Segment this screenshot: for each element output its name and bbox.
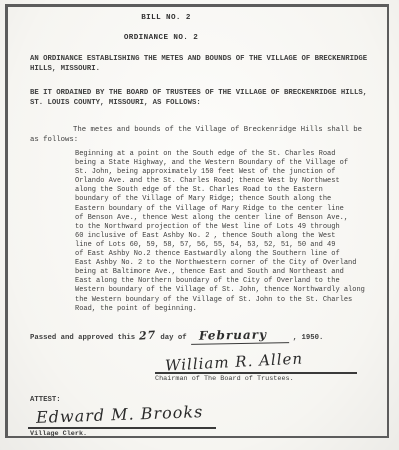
chairman-signature-rule [155,372,357,374]
passage-date-line: Passed and approved this 27 day of Febru… [30,328,323,344]
bill-title: BILL NO. 2 [0,14,332,22]
ordinance-caption: AN ORDINANCE ESTABLISHING THE METES AND … [30,54,390,74]
handwritten-month: February [191,327,289,345]
chairman-title: Chairman of The Board of Trustees. [155,375,294,383]
passage-suffix: , 1950. [293,334,324,342]
metes-and-bounds-description: Beginning at a point on the South edge o… [75,150,375,314]
clerk-title: Village Clerk. [30,430,87,438]
handwritten-day: 27 [139,328,157,342]
enacting-clause: BE IT ORDAINED BY THE BOARD OF TRUSTEES … [30,88,390,108]
ordinance-title: ORDINANCE NO. 2 [0,34,322,42]
clerk-signature-rule [28,427,216,429]
intro-paragraph: The metes and bounds of the Village of B… [30,125,380,145]
passage-prefix: Passed and approved this [30,334,135,342]
attest-label: ATTEST: [30,396,61,404]
passage-middle: day of [160,334,186,342]
